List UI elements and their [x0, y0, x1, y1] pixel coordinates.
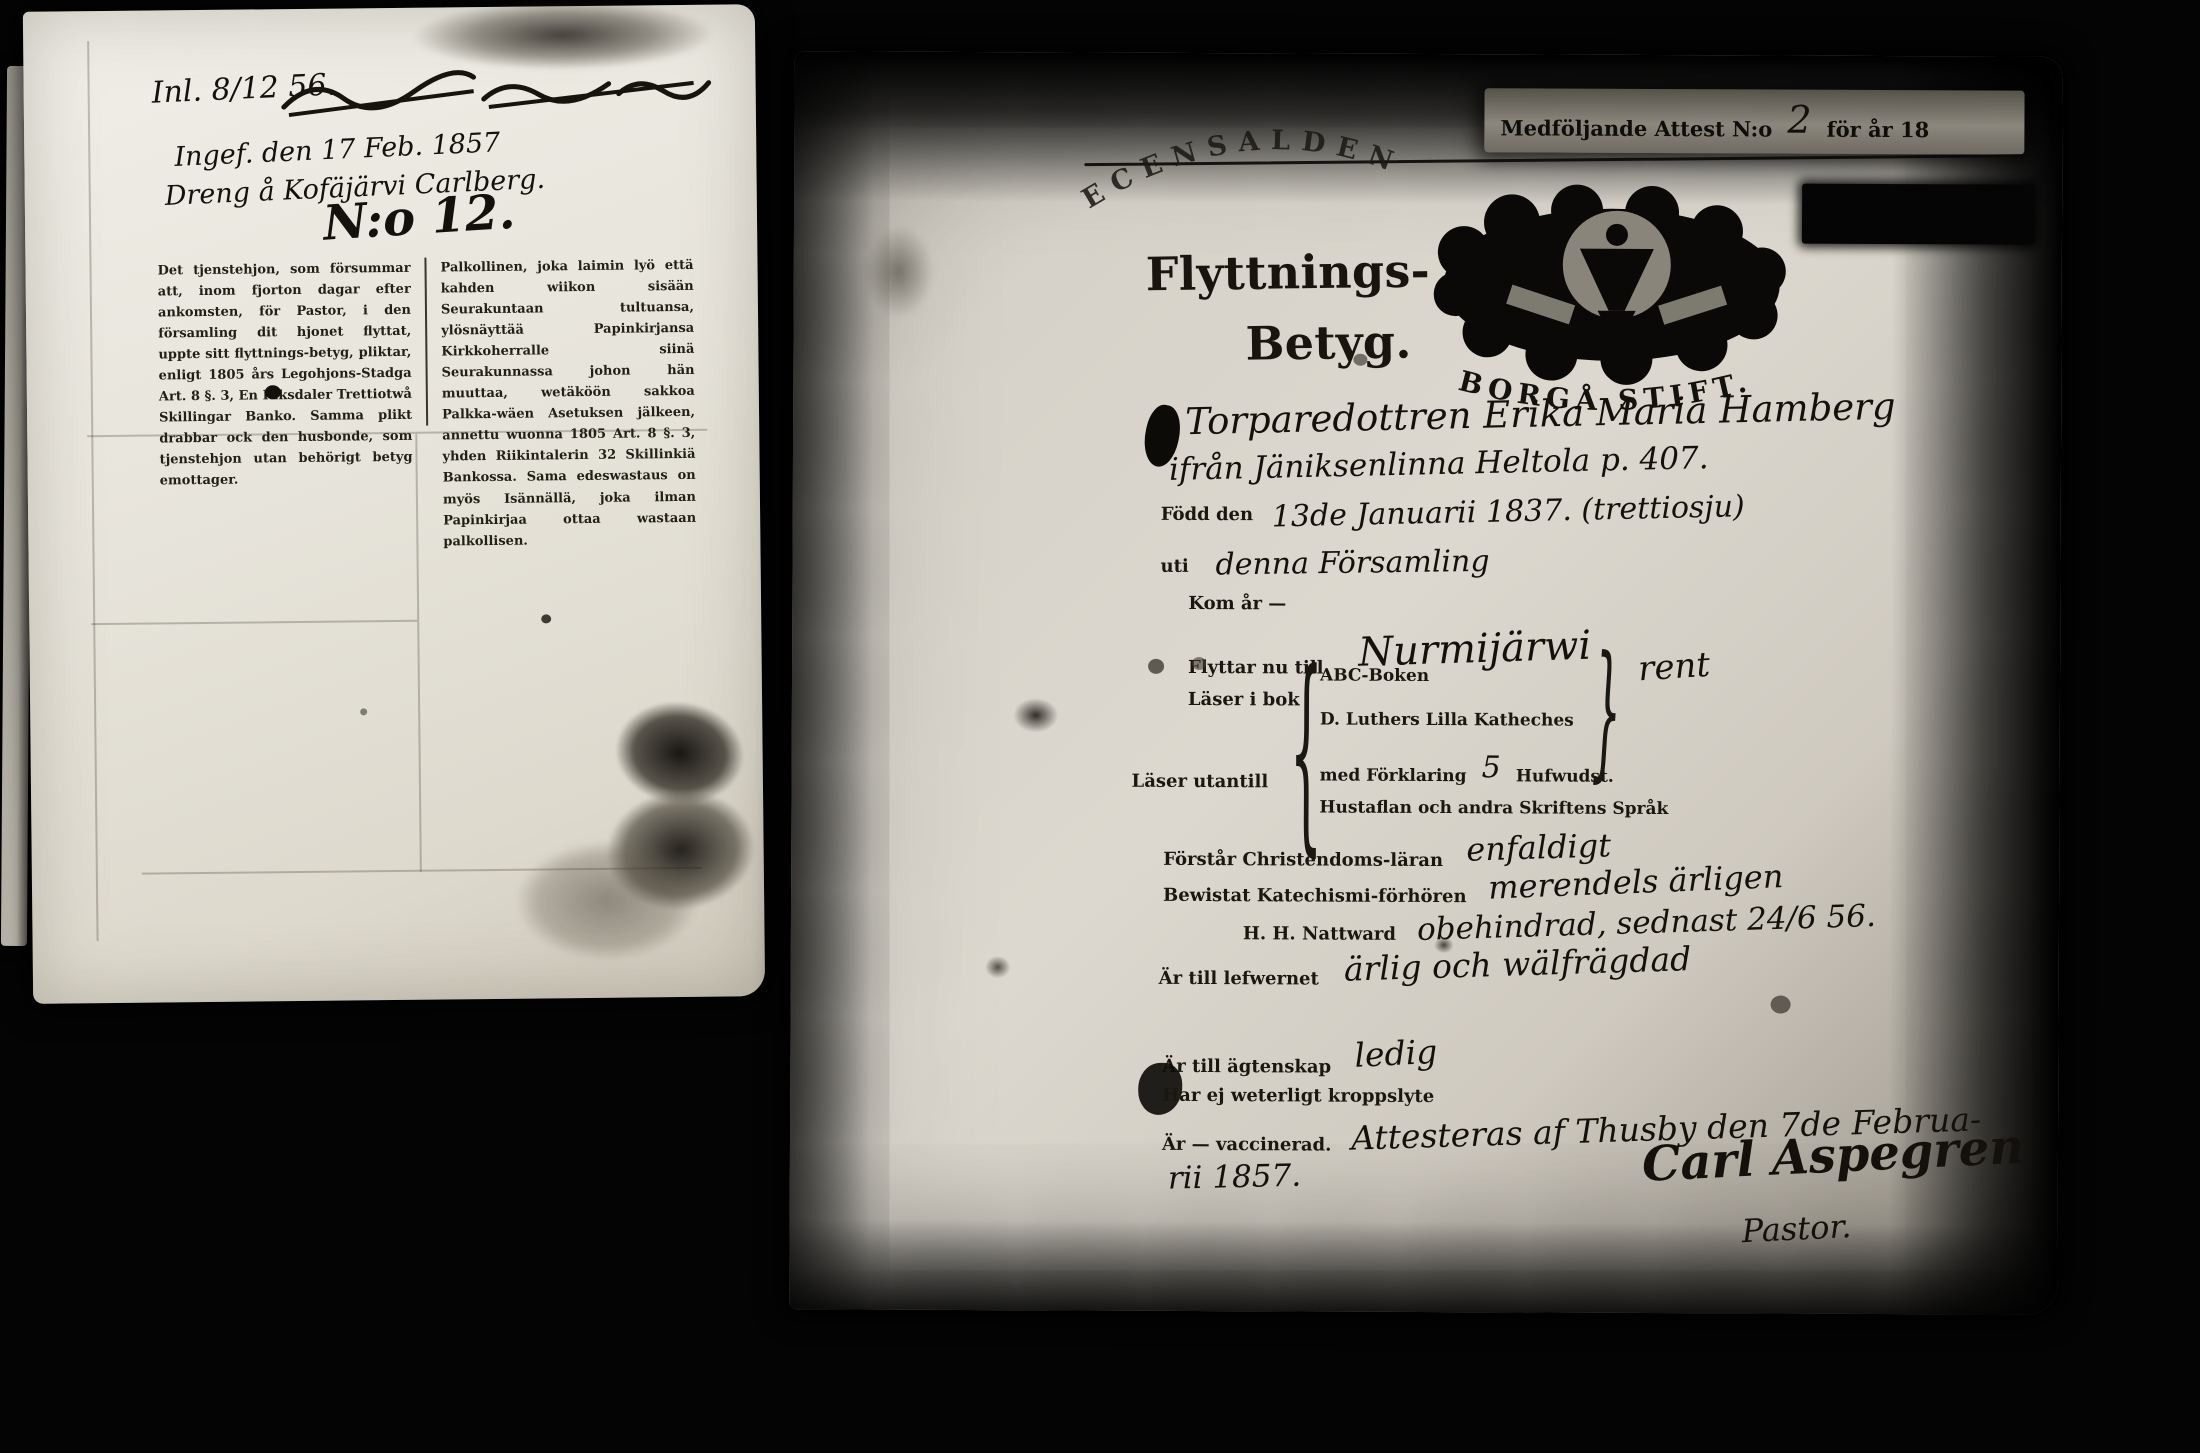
hufwudst-count: 5	[1482, 750, 1501, 785]
nattward-label: H. H. Nattward	[1243, 923, 1396, 945]
column-divider	[424, 258, 428, 426]
utantill-label-row: Läser utantill	[1132, 771, 1269, 793]
margin-line	[87, 41, 98, 941]
stain	[1771, 996, 1791, 1014]
stain	[854, 211, 945, 331]
utantill-grade: rent	[1637, 645, 1711, 690]
ink-speck	[1192, 657, 1206, 670]
ink-blot	[265, 385, 281, 399]
kom-label: Kom år —	[1188, 593, 1286, 614]
swedish-notice: Det tjenstehjon, som försummar att, inom…	[157, 258, 413, 555]
left-page: Inl. 8/12 56. Ingef. den 17 Feb. 1857 Dr…	[23, 4, 765, 1004]
agtenskap-value: ledig	[1353, 1032, 1438, 1075]
attest-header: Medföljande Attest N:o 2 för år 18	[1500, 100, 1929, 146]
utantill-open-brace: {	[1289, 649, 1323, 859]
document-title-line2: Betyg.	[1245, 314, 1412, 370]
stain	[1353, 354, 1367, 366]
stain	[1006, 692, 1066, 738]
marital-row: Är till ägtenskap ledig	[1162, 1041, 1437, 1081]
right-page: Medföljande Attest N:o 2 för år 18 ECENS…	[789, 51, 2062, 1315]
utantill-item-4: Hustaflan och andra Skriftens Språk	[1319, 798, 1668, 820]
attestation-line2: rii 1857.	[1167, 1158, 1301, 1197]
finnish-notice: Palkollinen, joka laimin lyö että kahden…	[440, 255, 696, 552]
uti-label: uti	[1160, 556, 1188, 577]
arc-stamp-text: ECENSALDEN	[1077, 124, 1408, 216]
photo-vignette	[789, 1219, 2057, 1315]
svg-text:ECENSALDEN: ECENSALDEN	[1077, 124, 1408, 216]
scribble-strokes	[273, 53, 714, 138]
laser-utantill-label: Läser utantill	[1132, 771, 1269, 793]
archival-photo: Inl. 8/12 56. Ingef. den 17 Feb. 1857 Dr…	[0, 0, 2200, 1453]
attest-number: 2	[1787, 98, 1811, 142]
redaction-box	[1802, 184, 2034, 245]
born-row: Född den 13de Januarii 1837. (trettiosju…	[1161, 493, 1746, 531]
ink-speck	[1148, 659, 1164, 674]
kroppslyte-label: Har ej weterligt kroppslyte	[1162, 1085, 1434, 1107]
stain	[981, 952, 1015, 982]
document-title-line1: Flyttnings-	[1145, 244, 1430, 302]
attest-suffix: för år 18	[1827, 117, 1930, 142]
lefwernet-label: Är till lefwernet	[1159, 968, 1319, 990]
certificate-number: N:o 12.	[321, 184, 516, 252]
kom-row: Kom år —	[1188, 593, 1286, 614]
uti-value: denna Församling	[1216, 544, 1490, 583]
agtenskap-label: Är till ägtenskap	[1162, 1056, 1331, 1078]
ink-speck	[541, 614, 551, 623]
origin-line: ifrån Jäniksenlinna Heltola p. 407.	[1169, 440, 1709, 488]
utantill-close-brace: }	[1592, 635, 1622, 785]
utantill-item-3: med Förklaring 5 Hufwudst.	[1320, 754, 1614, 790]
utantill-item-1: ABC-Boken	[1320, 666, 1429, 686]
stain	[1431, 934, 1457, 956]
fold-line-h2	[91, 620, 417, 625]
laser-ibok-label: Läser i bok	[1188, 689, 1300, 710]
reads-in-book-row: Läser i bok	[1188, 689, 1300, 710]
bewistat-label: Bewistat Katechismi-förhören	[1163, 885, 1467, 907]
bodily-defect-row: Har ej weterligt kroppslyte	[1162, 1085, 1434, 1107]
gray-smudge	[491, 825, 723, 977]
conduct-row: Är till lefwernet ärlig och wälfrägdad	[1159, 953, 1692, 994]
signature-title: Pastor.	[1741, 1207, 1852, 1250]
received-date: Ingef. den 17 Feb. 1857	[174, 127, 501, 173]
ink-speck	[360, 708, 367, 715]
attest-prefix: Medföljande Attest N:o	[1500, 115, 1772, 141]
parish-row: uti denna Församling	[1160, 545, 1490, 581]
forstar-label: Förstår Christendoms-läran	[1163, 849, 1443, 871]
forstar-value: enfaldigt	[1466, 826, 1612, 868]
born-label: Född den	[1161, 504, 1253, 525]
born-value: 13de Januarii 1837. (trettiosju)	[1272, 489, 1746, 534]
vaccinerad-label: Är — vaccinerad.	[1162, 1134, 1331, 1156]
utantill-item-2: D. Luthers Lilla Katheches	[1320, 710, 1574, 731]
printed-notice: Det tjenstehjon, som försummar att, inom…	[157, 255, 696, 555]
person-name-line: Torparedottren Erika Maria Hamberg	[1185, 385, 1896, 443]
